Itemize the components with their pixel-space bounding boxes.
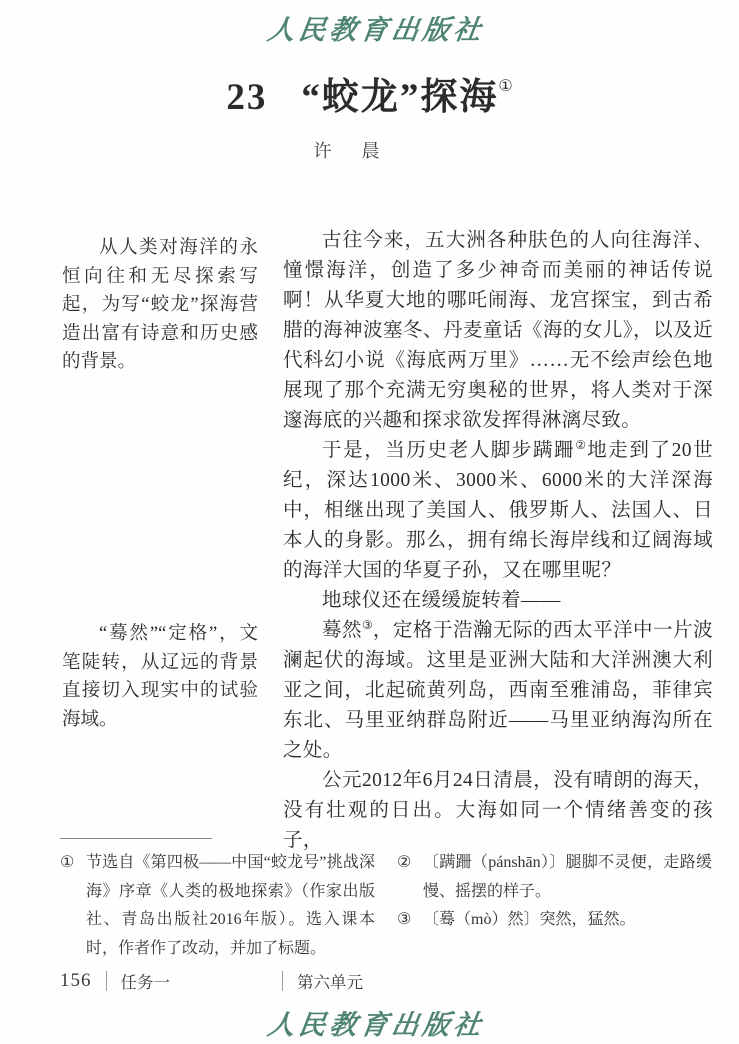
footnote-text: 节选自《第四极——中国“蛟龙号”挑战深海》序章《人类的极地探索》（作家出版社、青… [86,849,375,963]
footnote-marker: ② [397,849,423,906]
publisher-logo-top: 人民教育出版社 [265,8,487,47]
footnote-ref-marker: ③ [362,618,373,632]
footnote-text: 〔蹒跚（pánshān）〕腿脚不灵便，走路缓慢、摇摆的样子。 [423,849,712,906]
footnote-column-left: ① 节选自《第四极——中国“蛟龙号”挑战深海》序章《人类的极地探索》（作家出版社… [60,849,375,963]
footnote-divider [60,838,212,839]
textbook-page: 人民教育出版社 23“蛟龙”探海① 许 晨 从人类对海洋的永恒向往和无尽探索写起… [0,0,739,1044]
lesson-number: 23 [226,77,267,118]
lesson-title: “蛟龙”探海 [301,77,498,118]
footnote-ref-marker: ② [575,438,587,452]
body-text: 古往今来，五大洲各种肤色的人向往海洋、憧憬海洋，创造了多少神奇而美丽的神话传说啊… [283,226,713,856]
body-paragraph: 于是，当历史老人脚步蹒跚②地走到了20世纪，深达1000米、3000米、6000… [283,436,713,586]
footnote-column-right: ② 〔蹒跚（pánshān）〕腿脚不灵便，走路缓慢、摇摆的样子。 ③ 〔蓦（mò… [397,849,712,963]
title-footnote-marker: ① [498,78,512,95]
footnote-marker: ① [60,849,86,963]
author-name: 许 晨 [0,137,719,163]
page-footer: 156 任务一 第六单元 [60,968,712,994]
footnote-columns: ① 节选自《第四极——中国“蛟龙号”挑战深海》序章《人类的极地探索》（作家出版社… [60,849,712,963]
page-number: 156 [60,970,92,992]
margin-note: 从人类对海洋的永恒向往和无尽探索写起，为写“蛟龙”探海营造出富有诗意和历史感的背… [62,234,258,377]
body-paragraph: 古往今来，五大洲各种肤色的人向往海洋、憧憬海洋，创造了多少神奇而美丽的神话传说啊… [283,226,713,436]
margin-note: “蓦然”“定格”，文笔陡转，从辽远的背景直接切入现实中的试验海域。 [62,620,258,734]
body-paragraph: 地球仪还在缓缓旋转着—— [283,586,713,616]
lesson-title-row: 23“蛟龙”探海① [0,66,739,120]
footer-task-label: 任务一 [121,969,171,993]
footer-divider [282,971,283,991]
footnote-text: 〔蓦（mò）然〕突然，猛然。 [423,906,712,935]
publisher-logo-bottom: 人民教育出版社 [265,1003,487,1042]
footer-divider [106,971,107,991]
footnote-item: ① 节选自《第四极——中国“蛟龙号”挑战深海》序章《人类的极地探索》（作家出版社… [60,849,375,963]
footnote-item: ② 〔蹒跚（pánshān）〕腿脚不灵便，走路缓慢、摇摆的样子。 [397,849,712,906]
footer-unit-label: 第六单元 [297,969,363,993]
footnotes-section: ① 节选自《第四极——中国“蛟龙号”挑战深海》序章《人类的极地探索》（作家出版社… [60,838,712,963]
footnote-marker: ③ [397,906,423,935]
footnote-item: ③ 〔蓦（mò）然〕突然，猛然。 [397,906,712,935]
body-paragraph: 蓦然③，定格于浩瀚无际的西太平洋中一片波澜起伏的海域。这里是亚洲大陆和大洋洲澳大… [283,616,713,766]
